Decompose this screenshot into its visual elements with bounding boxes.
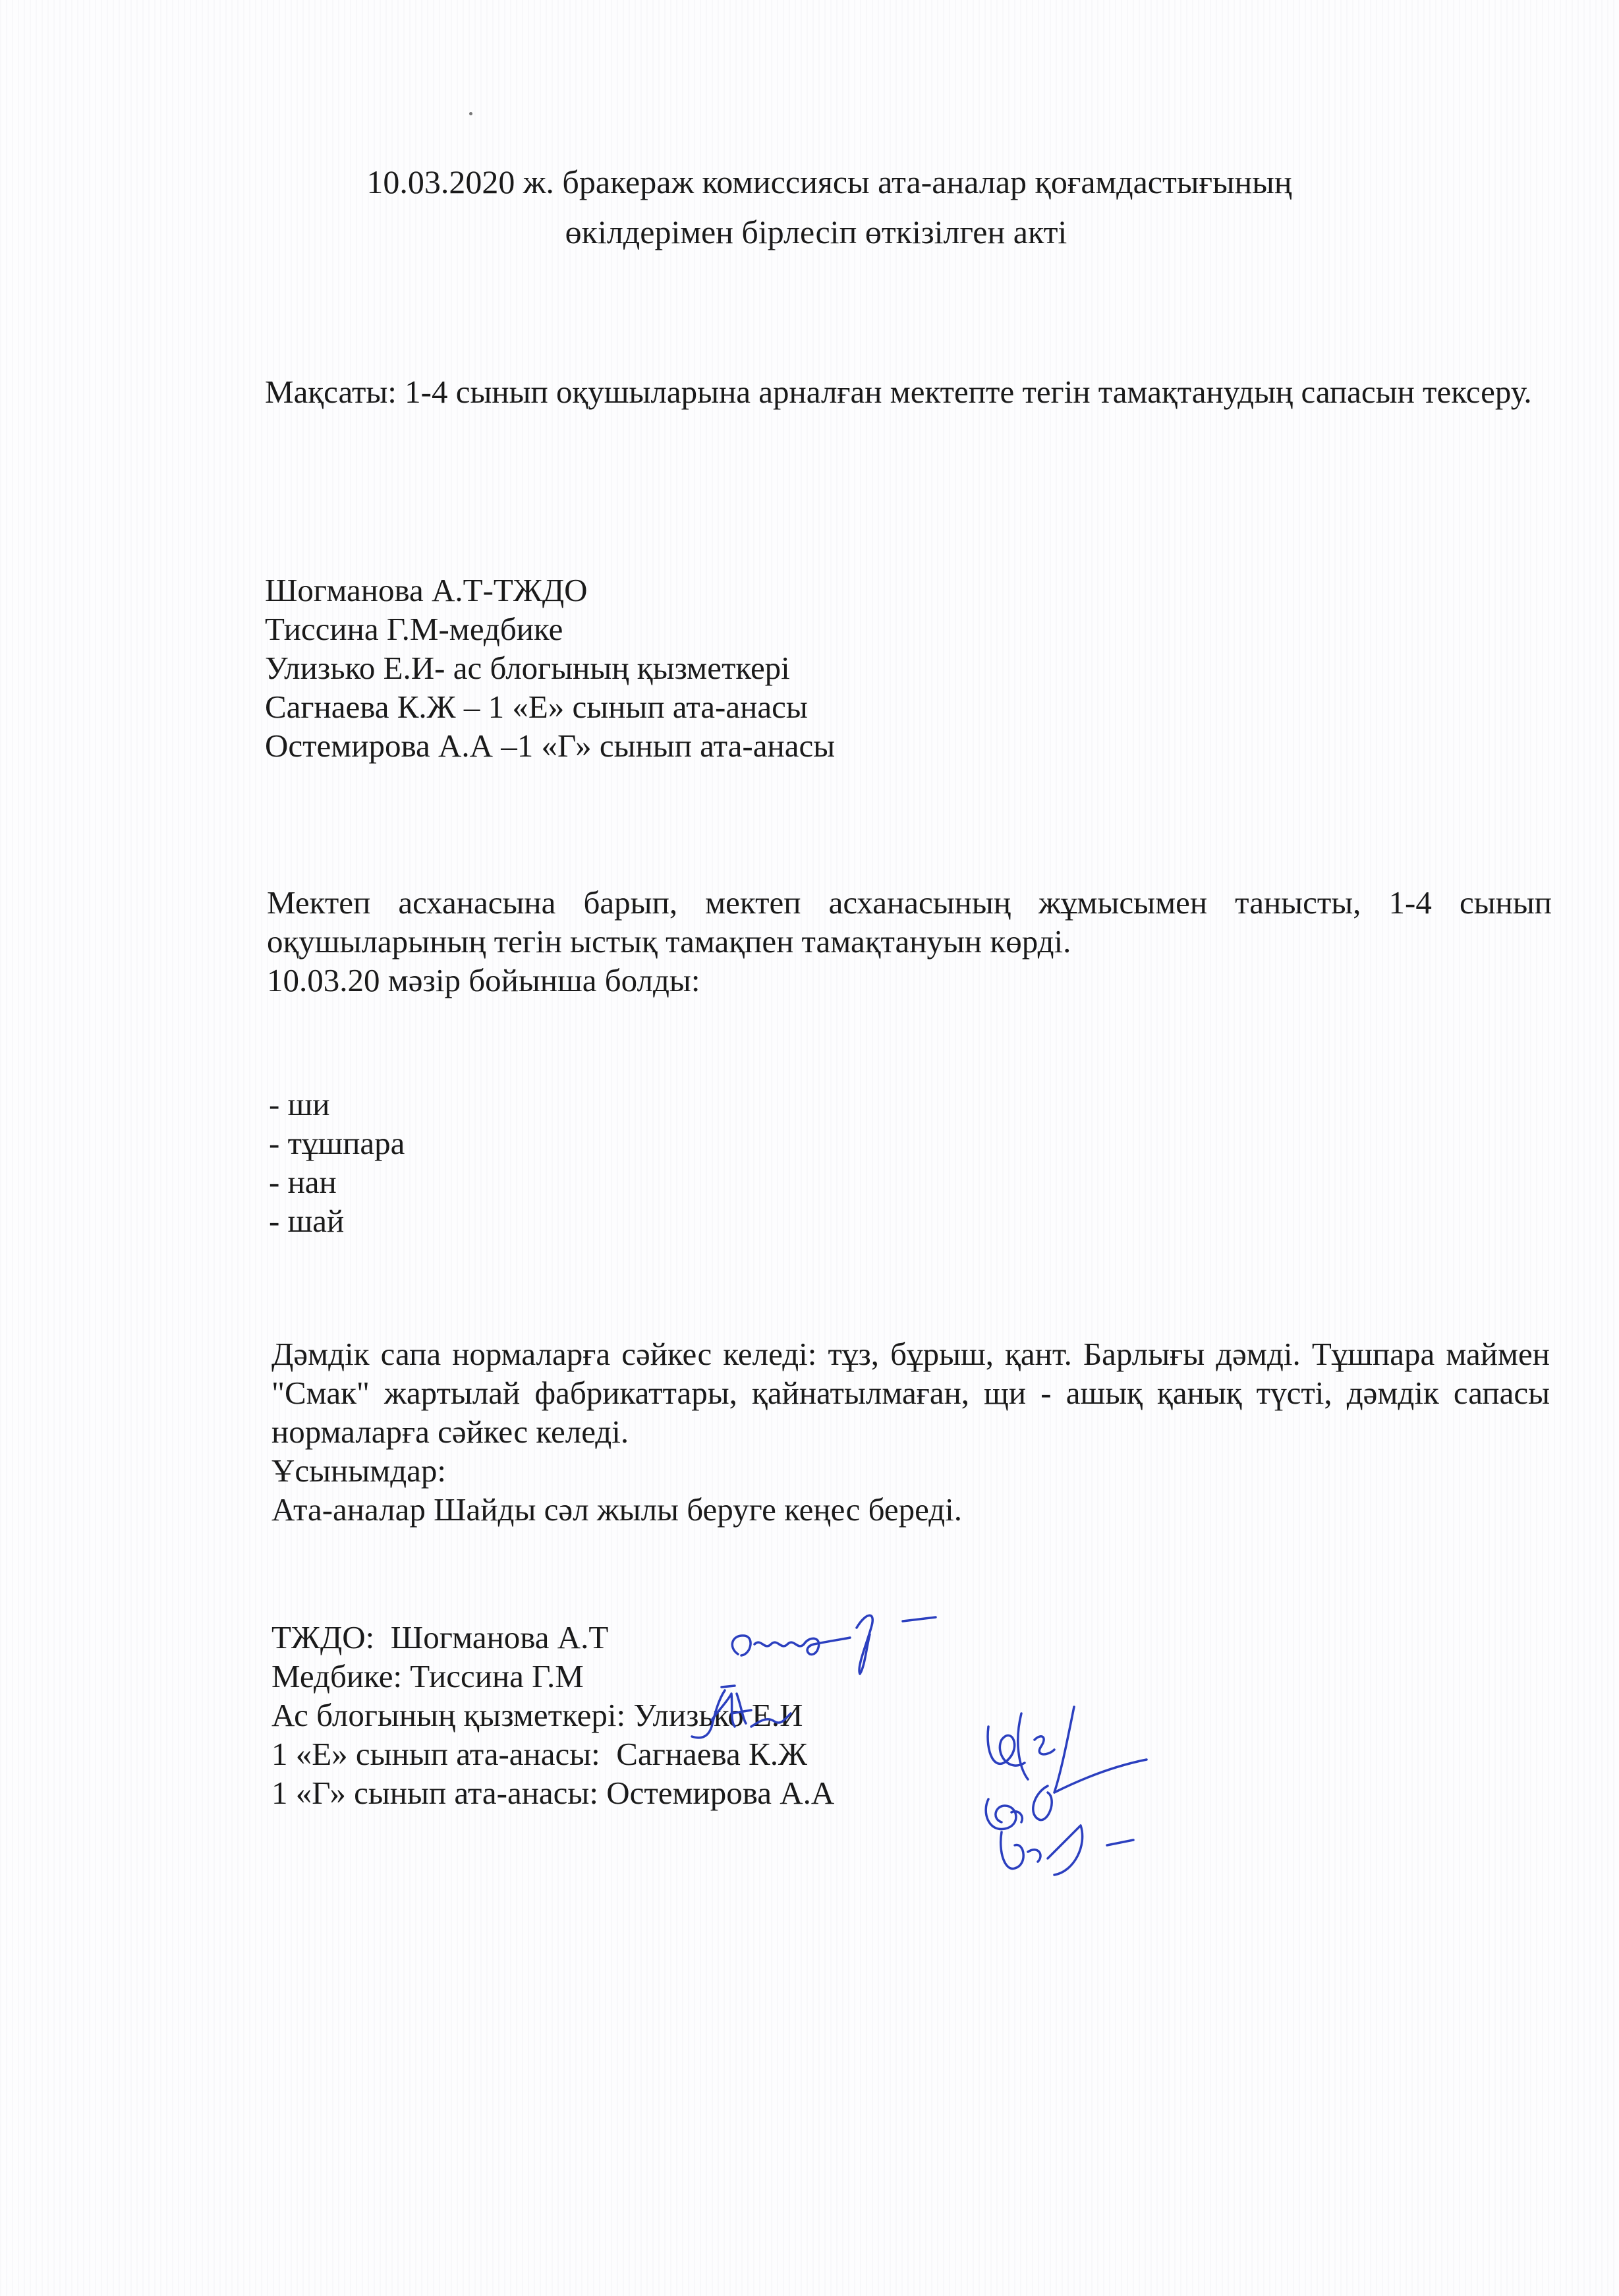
signature-line: Медбике: Тиссина Г.М bbox=[271, 1657, 1556, 1696]
member-item: Остемирова А.А –1 «Г» сынып ата-анасы bbox=[265, 726, 1550, 765]
quality-paragraph: Дәмдік сапа нормаларға сәйкес келеді: тұ… bbox=[271, 1335, 1550, 1451]
menu-item: - нан bbox=[269, 1162, 1554, 1201]
menu-item: - шай bbox=[269, 1201, 1554, 1240]
signature-line: Ас блогының қызметкері: Улизько Е.И bbox=[271, 1696, 1556, 1735]
visit-paragraph: Мектеп асханасына барып, мектеп асханасы… bbox=[267, 883, 1552, 961]
title-line-1: 10.03.2020 ж. бракераж комиссиясы ата-ан… bbox=[0, 157, 1619, 207]
member-item: Улизько Е.И- ас блогының қызметкері bbox=[265, 648, 1550, 687]
signature-line: ТЖДО: Шогманова А.Т bbox=[271, 1618, 1556, 1657]
quality-assessment: Дәмдік сапа нормаларға сәйкес келеді: тұ… bbox=[271, 1335, 1550, 1529]
document-title: 10.03.2020 ж. бракераж комиссиясы ата-ан… bbox=[0, 157, 1619, 257]
menu-list: - ши - тұшпара - нан - шай bbox=[269, 1085, 1554, 1240]
recommendation-text: Ата-аналар Шайды сәл жылы беруге кеңес б… bbox=[271, 1490, 1550, 1529]
commission-members-list: Шогманова А.Т-ТЖДО Тиссина Г.М-медбике У… bbox=[265, 571, 1550, 765]
signature-line: 1 «Е» сынып ата-анасы: Сагнаева К.Ж bbox=[271, 1735, 1556, 1773]
recommendations-label: Ұсынымдар: bbox=[271, 1451, 1550, 1490]
purpose-statement: Мақсаты: 1-4 сынып оқушыларына арналған … bbox=[265, 366, 1550, 418]
menu-item: - тұшпара bbox=[269, 1124, 1554, 1162]
signature-line: 1 «Г» сынып ата-анасы: Остемирова А.А bbox=[271, 1773, 1556, 1812]
scan-speck bbox=[469, 112, 472, 115]
member-item: Шогманова А.Т-ТЖДО bbox=[265, 571, 1550, 610]
member-item: Тиссина Г.М-медбике bbox=[265, 610, 1550, 648]
menu-item: - ши bbox=[269, 1085, 1554, 1124]
menu-intro: 10.03.20 мәзір бойынша болды: bbox=[267, 961, 1552, 1000]
signature-block: ТЖДО: Шогманова А.Т Медбике: Тиссина Г.М… bbox=[271, 1618, 1556, 1812]
visit-description: Мектеп асханасына барып, мектеп асханасы… bbox=[267, 883, 1552, 1000]
scanned-document-page: 10.03.2020 ж. бракераж комиссиясы ата-ан… bbox=[0, 0, 1619, 2296]
member-item: Сагнаева К.Ж – 1 «Е» сынып ата-анасы bbox=[265, 687, 1550, 726]
title-line-2: өкілдерімен бірлесіп өткізілген акті bbox=[0, 207, 1619, 257]
